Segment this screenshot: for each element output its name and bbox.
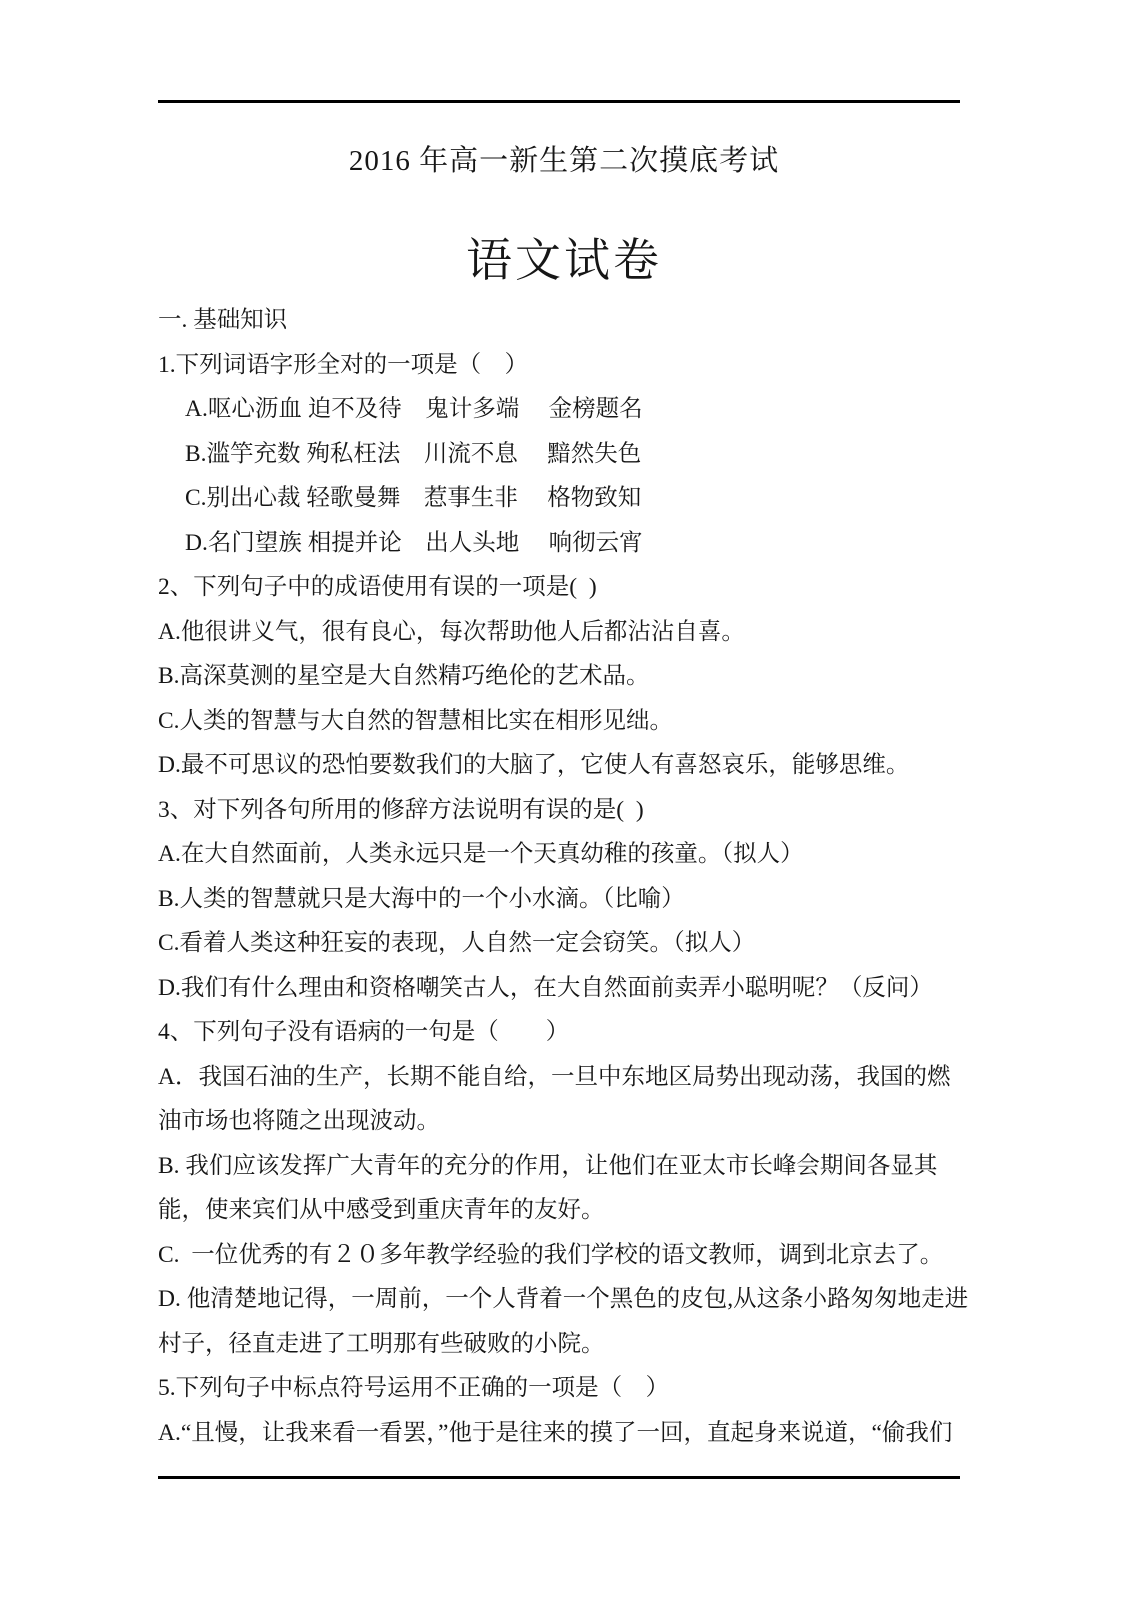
question-2-option-c: C.人类的智慧与大自然的智慧相比实在相形见绌。 xyxy=(158,699,970,744)
question-3-stem: 3、对下列各句所用的修辞方法说明有误的是( ) xyxy=(158,788,970,833)
question-2-stem: 2、下列句子中的成语使用有误的一项是( ) xyxy=(158,565,970,610)
question-2-option-b: B.高深莫测的星空是大自然精巧绝伦的艺术品。 xyxy=(158,654,970,699)
question-2-option-a: A.他很讲义气，很有良心，每次帮助他人后都沾沾自喜。 xyxy=(158,610,970,655)
question-4-option-b: B. 我们应该发挥广大青年的充分的作用，让他们在亚太市长峰会期间各显其能，使来宾… xyxy=(158,1144,970,1233)
question-1-option-c: C.别出心裁 轻歌曼舞 惹事生非 格物致知 xyxy=(158,476,970,521)
question-3-option-b: B.人类的智慧就只是大海中的一个小水滴。（比喻） xyxy=(158,877,970,922)
question-1-stem: 1.下列词语字形全对的一项是（ ） xyxy=(158,343,970,388)
question-1-option-a: A.呕心沥血 迫不及待 鬼计多端 金榜题名 xyxy=(158,387,970,432)
question-4-option-c: C. 一位优秀的有２０多年教学经验的我们学校的语文教师，调到北京去了。 xyxy=(158,1233,970,1278)
footer-rule xyxy=(158,1476,960,1479)
question-3-option-c: C.看着人类这种狂妄的表现，人自然一定会窃笑。（拟人） xyxy=(158,921,970,966)
question-2-option-d: D.最不可思议的恐怕要数我们的大脑了，它使人有喜怒哀乐，能够思维。 xyxy=(158,743,970,788)
question-4-option-a: A．我国石油的生产，长期不能自给，一旦中东地区局势出现动荡，我国的燃油市场也将随… xyxy=(158,1055,970,1144)
question-3-option-a: A.在大自然面前，人类永远只是一个天真幼稚的孩童。（拟人） xyxy=(158,832,970,877)
question-4-option-d: D. 他清楚地记得，一周前，一个人背着一个黑色的皮包,从这条小路匆匆地走进村子，… xyxy=(158,1277,970,1366)
question-3-option-d: D.我们有什么理由和资格嘲笑古人，在大自然面前卖弄小聪明呢？（反问） xyxy=(158,966,970,1011)
exam-body: 一. 基础知识 1.下列词语字形全对的一项是（ ） A.呕心沥血 迫不及待 鬼计… xyxy=(158,298,970,1455)
section-heading: 一. 基础知识 xyxy=(158,298,970,343)
question-5-option-a: A.“且慢，让我来看一看罢，”他于是往来的摸了一回，直起身来说道，“偷我们 xyxy=(158,1411,970,1456)
question-1-option-b: B.滥竽充数 殉私枉法 川流不息 黯然失色 xyxy=(158,432,970,477)
question-5-stem: 5.下列句子中标点符号运用不正确的一项是（ ） xyxy=(158,1366,970,1411)
page-content: 2016 年高一新生第二次摸底考试 语文试卷 一. 基础知识 1.下列词语字形全… xyxy=(158,0,970,1455)
paper-title: 语文试卷 xyxy=(158,234,970,288)
question-4-stem: 4、下列句子没有语病的一句是（ ） xyxy=(158,1010,970,1055)
question-1-option-d: D.名门望族 相提并论 出人头地 响彻云宵 xyxy=(158,521,970,566)
exam-session-title: 2016 年高一新生第二次摸底考试 xyxy=(158,0,970,180)
exam-paper-page: 2016 年高一新生第二次摸底考试 语文试卷 一. 基础知识 1.下列词语字形全… xyxy=(0,0,1131,1600)
